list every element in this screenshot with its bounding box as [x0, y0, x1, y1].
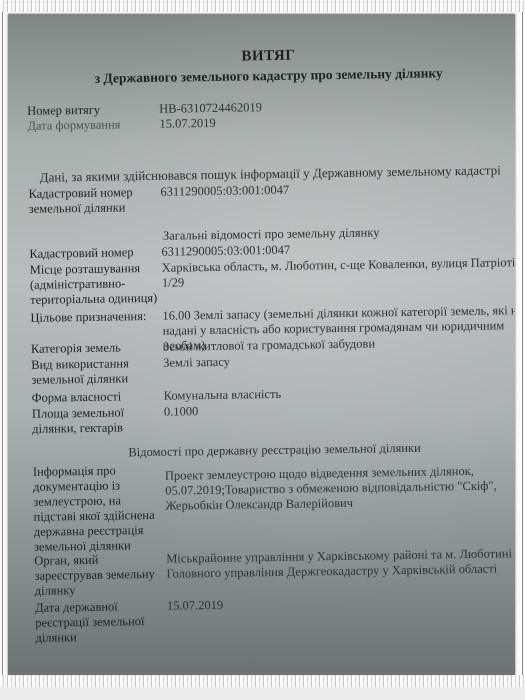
field-label: Дата державної реєстрації земельної діля…: [35, 599, 166, 646]
field-value: Міськрайонне управління у Харківському р…: [166, 546, 515, 582]
field-label: Цільове призначення:: [30, 309, 160, 326]
field-label: Кадастровий номер земельної ділянки: [28, 185, 158, 217]
field-value: Харківська область, м. Люботин, с-ще Ков…: [162, 255, 515, 291]
photo-frame: ВИТЯГ з Державного земельного кадастру п…: [0, 0, 525, 700]
field-label: Орган, який зареєстрував земельну ділянк…: [34, 552, 165, 599]
decorative-bottom-edge: [0, 675, 525, 687]
field-value: 15.07.2019: [167, 593, 515, 614]
extract-document: ВИТЯГ з Державного земельного кадастру п…: [18, 26, 515, 34]
document-photo: ВИТЯГ з Державного земельного кадастру п…: [8, 14, 515, 675]
field-label: Кадастровий номер: [29, 245, 159, 262]
decorative-top-edge: [0, 0, 525, 12]
field-label: Місце розташування (адміністративно-тери…: [30, 261, 161, 308]
field-label: Інформація про документацію із землеустр…: [33, 463, 164, 555]
field-label: Категорія земель: [31, 340, 161, 357]
field-label: Вид використання земельної ділянки: [31, 356, 161, 388]
field-label: Форма власності: [32, 389, 162, 406]
section-heading-registration: Відомості про державну реєстрацію земель…: [24, 439, 515, 462]
bottom-border-band: [0, 687, 525, 700]
field-extract-number: Номер витягу НВ-6310724462019: [27, 96, 515, 104]
field-label: Дата формування: [27, 117, 157, 134]
field-value: Проект землеустрою щодо відведення земел…: [165, 463, 515, 514]
field-label: Площа земельної ділянки, гектарів: [32, 405, 162, 437]
